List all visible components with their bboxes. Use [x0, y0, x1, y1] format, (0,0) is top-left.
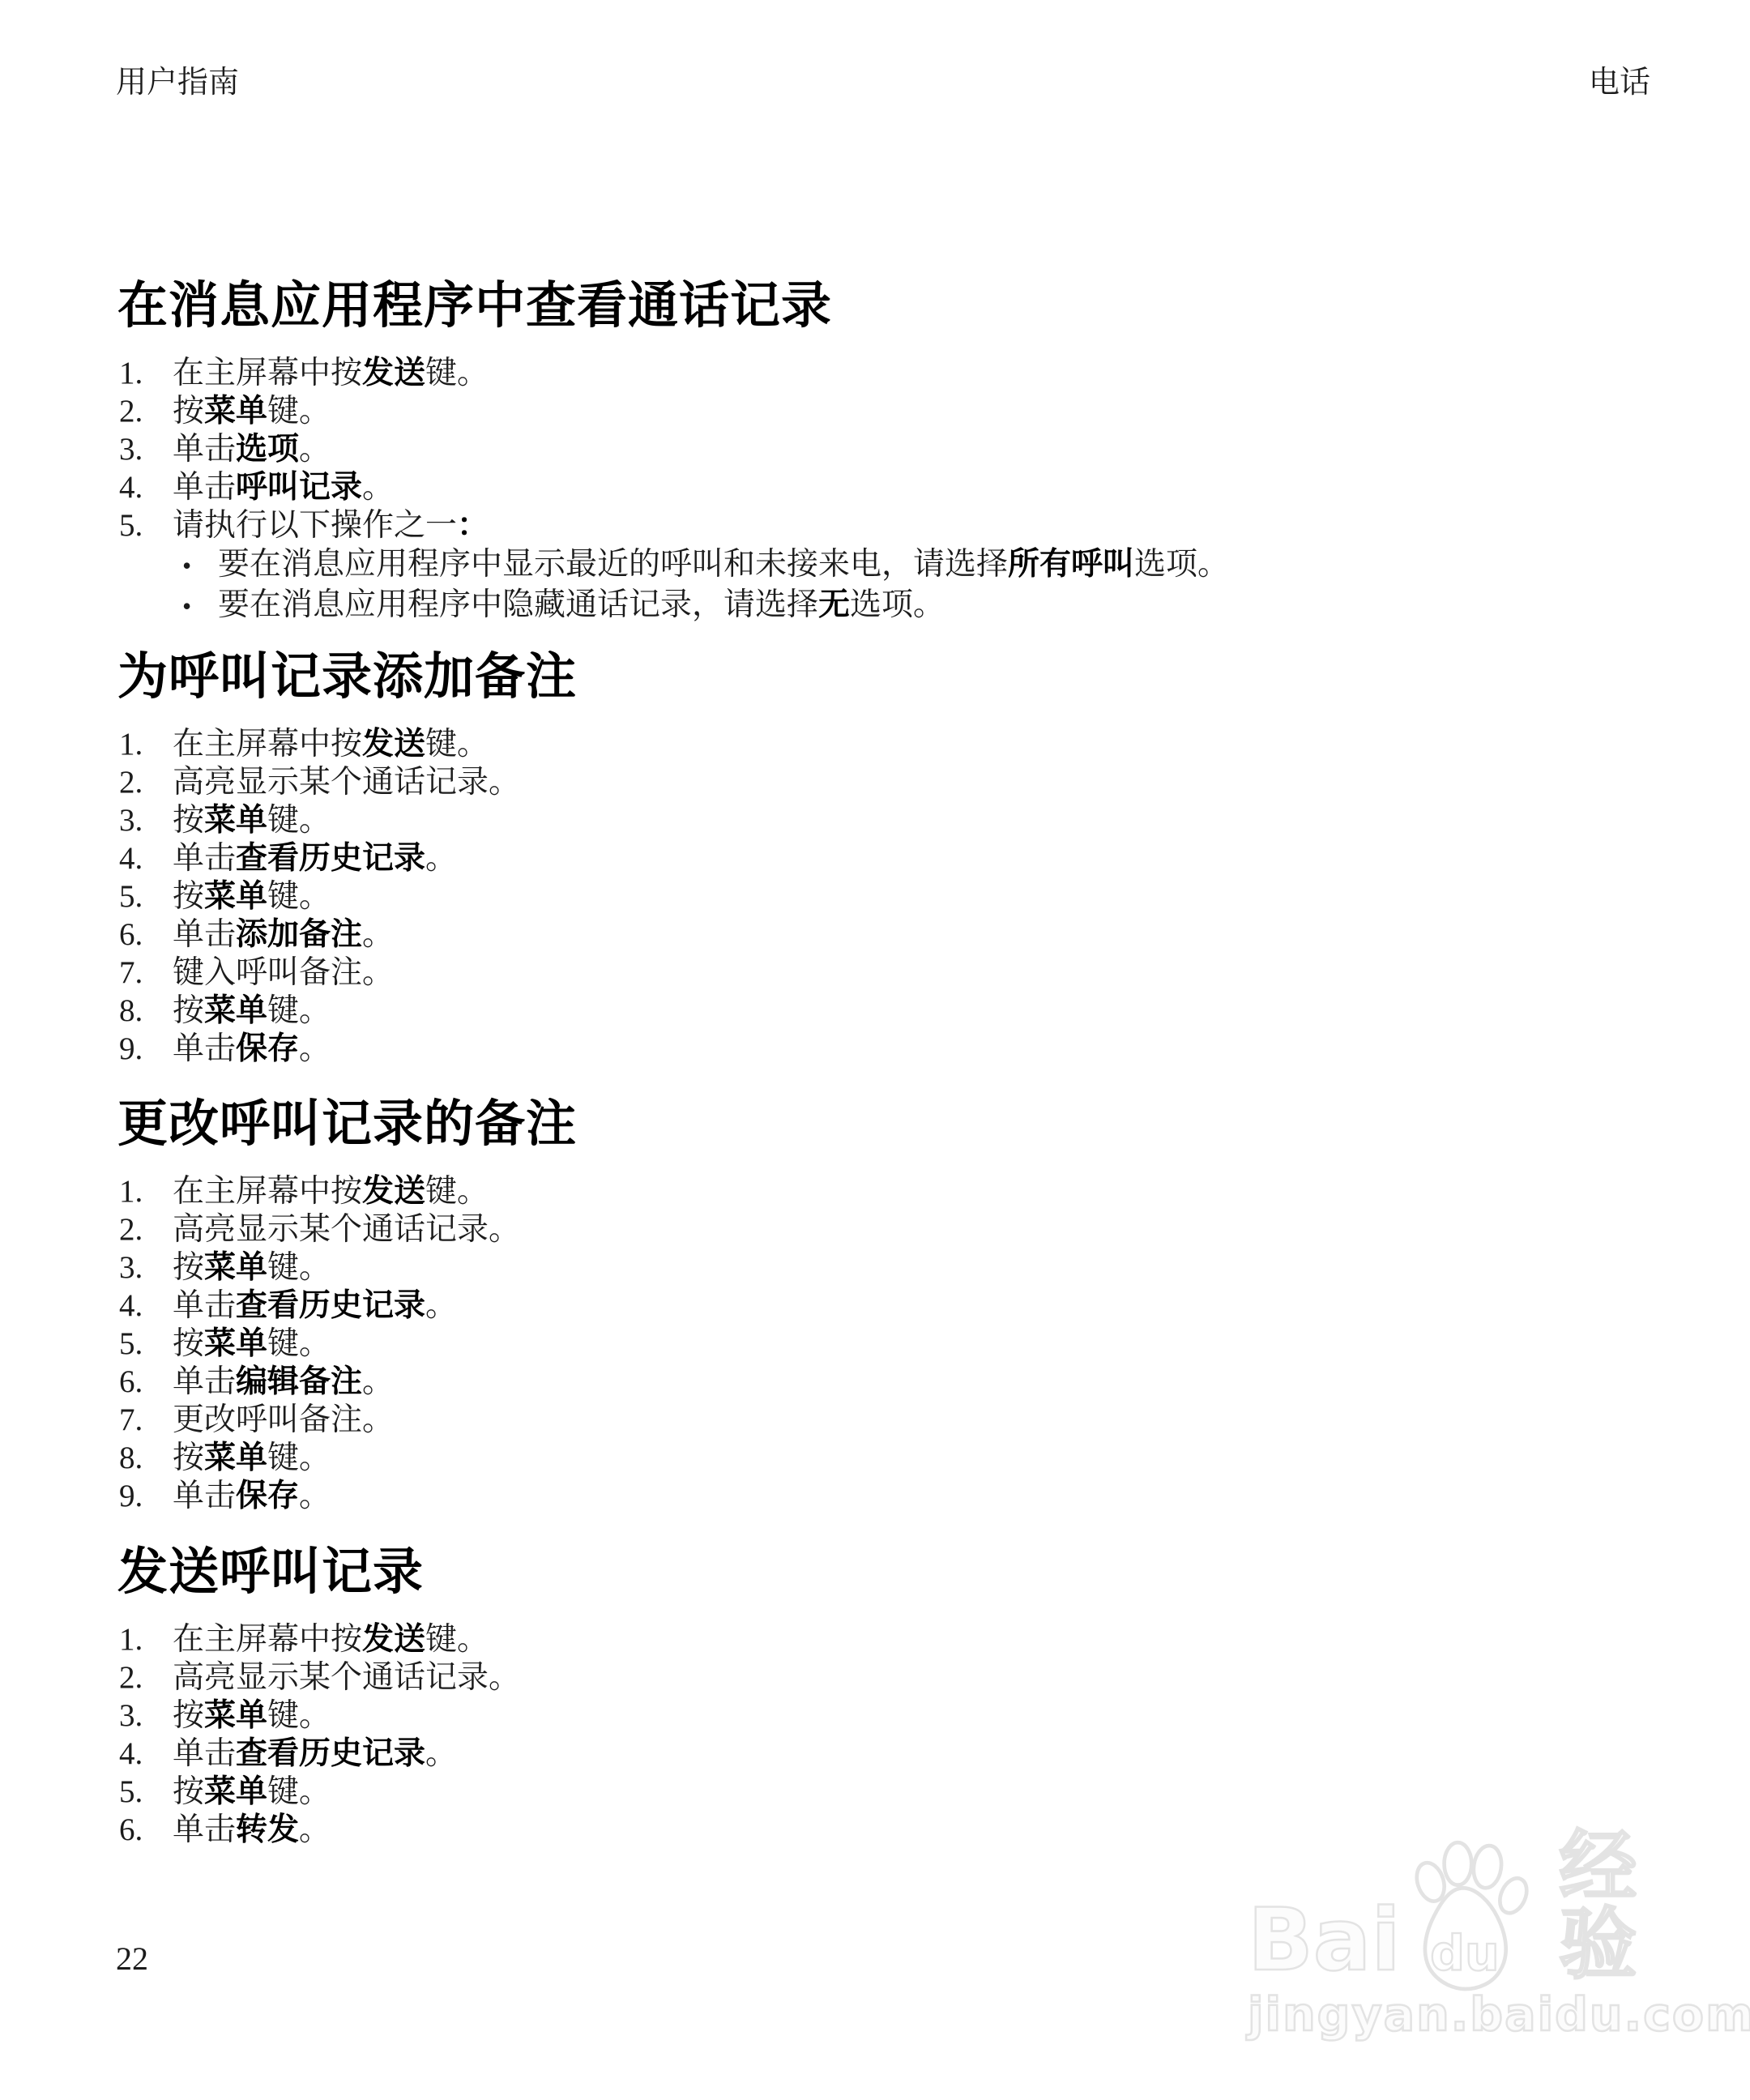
step-item: 4.单击查看历史记录。 — [117, 839, 1669, 877]
bold-term: 发送 — [362, 1621, 425, 1658]
bold-term: 菜单 — [204, 1440, 267, 1476]
step-item: 1.在主屏幕中按发送键。 — [117, 1172, 1669, 1210]
step-text: 单击转发。 — [173, 1812, 331, 1847]
step-number: 5. — [119, 877, 143, 916]
section-title: 更改呼叫记录的备注 — [117, 1095, 1669, 1151]
bold-term: 发送 — [362, 355, 425, 391]
step-item: 3.按菜单键。 — [117, 1248, 1669, 1287]
step-number: 3. — [119, 1697, 143, 1735]
step-text: 键入呼叫备注。 — [173, 955, 394, 990]
bullet-item: •要在消息应用程序中显示最近的呼叫和未接来电，请选择所有呼叫选项。 — [117, 544, 1669, 585]
text-run: 键。 — [267, 1250, 331, 1285]
text-run: 按 — [173, 1698, 204, 1733]
step-text: 单击查看历史记录。 — [173, 1736, 457, 1771]
step-text: 按菜单键。 — [173, 993, 331, 1028]
page-number: 22 — [116, 1940, 148, 1978]
step-number: 1. — [119, 354, 143, 392]
step-item: 5.按菜单键。 — [117, 877, 1669, 916]
bold-term: 转发 — [236, 1812, 299, 1848]
text-run: 。 — [362, 917, 394, 952]
step-number: 8. — [119, 1439, 143, 1477]
text-run: 高亮显示某个通话记录。 — [173, 1212, 520, 1247]
step-number: 5. — [119, 506, 143, 544]
bold-term: 选项 — [236, 431, 299, 467]
document-page: 用户指南 电话 在消息应用程序中查看通话记录 1.在主屏幕中按发送键。2.按菜单… — [0, 0, 1750, 2100]
watermark-logo-row: Bai du 经验 — [1248, 1828, 1669, 1983]
bold-term: 菜单 — [204, 802, 267, 839]
step-text: 单击保存。 — [173, 1479, 331, 1513]
text-run: 键。 — [267, 1698, 331, 1733]
step-item: 5.请执行以下操作之一： — [117, 506, 1669, 544]
text-run: 。 — [362, 470, 394, 505]
bold-term: 菜单 — [204, 992, 267, 1029]
text-run: 键。 — [267, 803, 331, 838]
section-change-note: 更改呼叫记录的备注 1.在主屏幕中按发送键。2.高亮显示某个通话记录。3.按菜单… — [117, 1095, 1669, 1515]
bullet-text: 要在消息应用程序中隐藏通话记录，请选择无选项。 — [218, 587, 945, 622]
step-text: 请执行以下操作之一： — [173, 508, 489, 543]
step-item: 9.单击保存。 — [117, 1030, 1669, 1068]
step-number: 9. — [119, 1477, 143, 1515]
bold-term: 菜单 — [204, 1697, 267, 1734]
step-list: 1.在主屏幕中按发送键。2.高亮显示某个通话记录。3.按菜单键。4.单击查看历史… — [117, 1620, 1669, 1849]
step-text: 单击添加备注。 — [173, 917, 394, 952]
text-run: 。 — [299, 1479, 331, 1513]
step-item: 1.在主屏幕中按发送键。 — [117, 1620, 1669, 1658]
step-number: 8. — [119, 992, 143, 1030]
text-run: 更改呼叫备注。 — [173, 1402, 394, 1437]
step-text: 高亮显示某个通话记录。 — [173, 765, 520, 800]
watermark-jingyan-text: 经验 — [1530, 1828, 1669, 1983]
bold-term: ： — [457, 507, 489, 544]
bold-term: 无 — [818, 587, 850, 623]
text-run: 选项。 — [1134, 547, 1229, 582]
bullet-icon: • — [182, 545, 191, 586]
step-item: 2.高亮显示某个通话记录。 — [117, 1210, 1669, 1248]
bold-term: 查看历史记录 — [236, 1287, 425, 1324]
step-text: 在主屏幕中按发送键。 — [173, 1622, 489, 1657]
text-run: 在主屏幕中按 — [173, 727, 362, 762]
step-item: 7.键入呼叫备注。 — [117, 954, 1669, 992]
text-run: 。 — [425, 841, 457, 876]
text-run: 按 — [173, 803, 204, 838]
section-send-call-log: 发送呼叫记录 1.在主屏幕中按发送键。2.高亮显示某个通话记录。3.按菜单键。4… — [117, 1543, 1669, 1849]
step-number: 4. — [119, 1735, 143, 1773]
section-title: 为呼叫记录添加备注 — [117, 648, 1669, 704]
step-item: 4.单击呼叫记录。 — [117, 468, 1669, 506]
step-number: 7. — [119, 954, 143, 992]
text-run: 按 — [173, 1774, 204, 1809]
text-run: 。 — [425, 1288, 457, 1323]
text-run: 单击 — [173, 432, 236, 467]
step-item: 8.按菜单键。 — [117, 1439, 1669, 1477]
step-item: 8.按菜单键。 — [117, 992, 1669, 1030]
running-header-right: 电话 — [1589, 66, 1650, 100]
step-number: 9. — [119, 1030, 143, 1068]
text-run: 在主屏幕中按 — [173, 1622, 362, 1657]
text-run: 按 — [173, 1250, 204, 1285]
step-number: 5. — [119, 1773, 143, 1811]
step-text: 按菜单键。 — [173, 1698, 331, 1733]
text-run: 单击 — [173, 1288, 236, 1323]
text-run: 单击 — [173, 470, 236, 505]
step-text: 按菜单键。 — [173, 803, 331, 838]
baidu-paw-icon: du — [1391, 1839, 1535, 1995]
step-item: 4.单击查看历史记录。 — [117, 1735, 1669, 1773]
bold-term: 菜单 — [204, 878, 267, 915]
bold-term: 菜单 — [204, 393, 267, 429]
text-run: 要在消息应用程序中隐藏通话记录，请选择 — [218, 587, 818, 622]
bold-term: 查看历史记录 — [236, 1735, 425, 1772]
step-item: 1.在主屏幕中按发送键。 — [117, 725, 1669, 763]
step-item: 9.单击保存。 — [117, 1477, 1669, 1515]
text-run: 按 — [173, 993, 204, 1028]
step-number: 1. — [119, 1620, 143, 1658]
bold-term: 发送 — [362, 726, 425, 762]
text-run: 。 — [299, 1812, 331, 1847]
section-add-note: 为呼叫记录添加备注 1.在主屏幕中按发送键。2.高亮显示某个通话记录。3.按菜单… — [117, 648, 1669, 1068]
step-number: 3. — [119, 430, 143, 468]
step-text: 在主屏幕中按发送键。 — [173, 727, 489, 762]
text-run: 键。 — [267, 993, 331, 1028]
text-run: 单击 — [173, 1031, 236, 1066]
bold-term: 呼叫记录 — [236, 469, 362, 506]
bold-term: 发送 — [362, 1173, 425, 1210]
step-number: 3. — [119, 801, 143, 839]
step-text: 按菜单键。 — [173, 1326, 331, 1361]
text-run: 高亮显示某个通话记录。 — [173, 1660, 520, 1695]
text-run: 键。 — [425, 356, 489, 391]
step-text: 按菜单键。 — [173, 879, 331, 914]
bold-term: 保存 — [236, 1031, 299, 1067]
step-item: 4.单击查看历史记录。 — [117, 1287, 1669, 1325]
step-item: 1.在主屏幕中按发送键。 — [117, 354, 1669, 392]
step-number: 4. — [119, 839, 143, 877]
text-run: 高亮显示某个通话记录。 — [173, 765, 520, 800]
step-item: 5.按菜单键。 — [117, 1325, 1669, 1363]
text-run: 键。 — [267, 879, 331, 914]
step-text: 在主屏幕中按发送键。 — [173, 1174, 489, 1209]
text-run: 。 — [299, 432, 331, 467]
step-list: 1.在主屏幕中按发送键。2.按菜单键。3.单击选项。4.单击呼叫记录。5.请执行… — [117, 354, 1669, 625]
step-text: 更改呼叫备注。 — [173, 1402, 394, 1437]
text-run: 单击 — [173, 1364, 236, 1399]
step-number: 4. — [119, 1287, 143, 1325]
running-header-left: 用户指南 — [116, 66, 239, 100]
bold-term: 添加备注 — [236, 916, 362, 953]
text-run: 要在消息应用程序中显示最近的呼叫和未接来电，请选择 — [218, 547, 1008, 582]
text-run: 按 — [173, 879, 204, 914]
step-number: 6. — [119, 916, 143, 954]
step-text: 单击查看历史记录。 — [173, 841, 457, 876]
step-text: 高亮显示某个通话记录。 — [173, 1660, 520, 1695]
step-text: 高亮显示某个通话记录。 — [173, 1212, 520, 1247]
step-item: 3.按菜单键。 — [117, 801, 1669, 839]
text-run: 按 — [173, 1441, 204, 1475]
text-run: 单击 — [173, 1479, 236, 1513]
text-run: 单击 — [173, 1736, 236, 1771]
step-number: 3. — [119, 1248, 143, 1287]
step-text: 在主屏幕中按发送键。 — [173, 356, 489, 391]
step-text: 按菜单键。 — [173, 394, 331, 429]
section-title: 发送呼叫记录 — [117, 1543, 1669, 1599]
step-number: 7. — [119, 1401, 143, 1439]
bold-term: 查看历史记录 — [236, 840, 425, 877]
text-run: 单击 — [173, 1812, 236, 1847]
step-text: 按菜单键。 — [173, 1250, 331, 1285]
section-title: 在消息应用程序中查看通话记录 — [117, 277, 1669, 333]
step-item: 6.单击添加备注。 — [117, 916, 1669, 954]
step-text: 按菜单键。 — [173, 1774, 331, 1809]
step-text: 单击保存。 — [173, 1031, 331, 1066]
bold-term: 编辑备注 — [236, 1364, 362, 1400]
watermark-bai-text: Bai — [1248, 1897, 1401, 1983]
bold-term: 保存 — [236, 1478, 299, 1514]
bullet-icon: • — [182, 586, 191, 626]
bold-term: 菜单 — [204, 1773, 267, 1810]
text-run: 按 — [173, 1326, 204, 1361]
step-text: 单击编辑备注。 — [173, 1364, 394, 1399]
step-text: 单击呼叫记录。 — [173, 470, 394, 505]
text-run: 在主屏幕中按 — [173, 356, 362, 391]
bold-term: 菜单 — [204, 1325, 267, 1362]
step-number: 6. — [119, 1363, 143, 1401]
text-run: 。 — [425, 1736, 457, 1771]
step-item: 2.高亮显示某个通话记录。 — [117, 1658, 1669, 1697]
step-text: 单击选项。 — [173, 432, 331, 467]
step-item: 2.高亮显示某个通话记录。 — [117, 763, 1669, 801]
text-run: 键。 — [267, 394, 331, 429]
bold-term: 所有呼叫 — [1008, 546, 1134, 583]
step-item: 5.按菜单键。 — [117, 1773, 1669, 1811]
step-item: 6.单击编辑备注。 — [117, 1363, 1669, 1401]
section-view-call-log: 在消息应用程序中查看通话记录 1.在主屏幕中按发送键。2.按菜单键。3.单击选项… — [117, 277, 1669, 625]
step-item: 3.单击选项。 — [117, 430, 1669, 468]
text-run: 请执行以下操作之一 — [173, 508, 457, 543]
step-text: 单击查看历史记录。 — [173, 1288, 457, 1323]
text-run: 。 — [299, 1031, 331, 1066]
bold-term: 菜单 — [204, 1249, 267, 1286]
step-number: 1. — [119, 725, 143, 763]
step-number: 2. — [119, 1658, 143, 1697]
step-number: 1. — [119, 1172, 143, 1210]
text-run: 键。 — [267, 1441, 331, 1475]
step-item: 7.更改呼叫备注。 — [117, 1401, 1669, 1439]
step-number: 2. — [119, 763, 143, 801]
step-number: 4. — [119, 468, 143, 506]
text-run: 键。 — [425, 1174, 489, 1209]
text-run: 单击 — [173, 841, 236, 876]
text-run: 键。 — [425, 727, 489, 762]
step-list: 1.在主屏幕中按发送键。2.高亮显示某个通话记录。3.按菜单键。4.单击查看历史… — [117, 725, 1669, 1068]
step-item: 2.按菜单键。 — [117, 392, 1669, 430]
step-number: 5. — [119, 1325, 143, 1363]
watermark-url: jingyan.baidu.com — [1248, 1990, 1669, 2041]
bullet-item: •要在消息应用程序中隐藏通话记录，请选择无选项。 — [117, 585, 1669, 625]
step-text: 按菜单键。 — [173, 1441, 331, 1475]
text-run: 键。 — [425, 1622, 489, 1657]
text-run: 键入呼叫备注。 — [173, 955, 394, 990]
bullet-text: 要在消息应用程序中显示最近的呼叫和未接来电，请选择所有呼叫选项。 — [218, 547, 1229, 582]
text-run: 选项。 — [850, 587, 945, 622]
watermark-du-text: du — [1430, 1926, 1500, 1983]
text-run: 单击 — [173, 917, 236, 952]
step-list: 1.在主屏幕中按发送键。2.高亮显示某个通话记录。3.按菜单键。4.单击查看历史… — [117, 1172, 1669, 1515]
text-run: 。 — [362, 1364, 394, 1399]
text-run: 按 — [173, 394, 204, 429]
step-number: 6. — [119, 1811, 143, 1849]
text-run: 键。 — [267, 1326, 331, 1361]
baidu-jingyan-watermark: Bai du 经验 jingyan.baidu.com — [1248, 1828, 1669, 2041]
text-run: 键。 — [267, 1774, 331, 1809]
step-item: 3.按菜单键。 — [117, 1697, 1669, 1735]
step-number: 2. — [119, 392, 143, 430]
step-number: 2. — [119, 1210, 143, 1248]
text-run: 在主屏幕中按 — [173, 1174, 362, 1209]
